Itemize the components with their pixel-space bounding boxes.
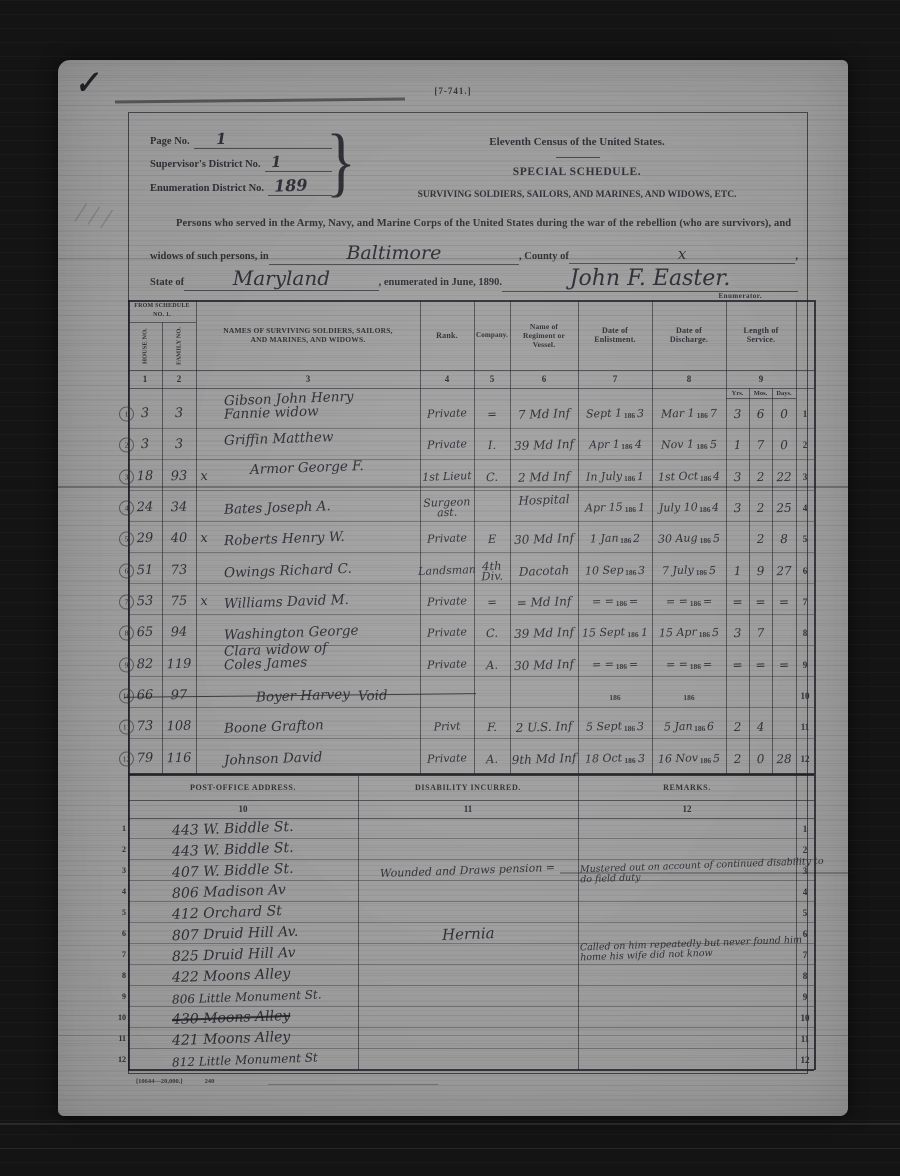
enlist-day: Sept 1 [586, 406, 622, 420]
discharge-date: Mar 11867 [652, 398, 726, 429]
enlist-day: = = [592, 595, 614, 609]
address-text: 422 Moons Alley [172, 965, 291, 985]
row-num-left: 3 [112, 860, 126, 881]
family-no-header: Family No. [162, 324, 196, 368]
family-no: 116 [161, 742, 196, 774]
discharge-day: 1st Oct [658, 469, 699, 483]
company: F. [473, 710, 510, 742]
name-line1: Boone Grafton [224, 718, 324, 735]
disability-text: Hernia [441, 924, 494, 944]
family-no: 93 [161, 460, 196, 492]
address-text: 812 Little Monument St [172, 1050, 318, 1069]
name-cell: Clara widow ofColes James [216, 641, 420, 672]
place-line: Baltimore [269, 242, 519, 265]
printed-186: 186 [700, 471, 711, 483]
soldiers-table: From Schedule No. 1. House No. Family No… [128, 300, 814, 774]
service-days [771, 617, 796, 649]
row-num-right: 1 [796, 398, 814, 429]
row-num-right: 10 [796, 1007, 814, 1028]
discharge-date: 16 Nov1865 [652, 743, 726, 774]
name-line1: Griffin Matthew [224, 430, 334, 448]
printed-186: 186 [625, 502, 636, 514]
enumeration-district-line: 189 [268, 176, 332, 196]
page-no-row: Page No. 1 [150, 130, 332, 149]
enumeration-district-label: Enumeration District No. [150, 183, 264, 194]
service-days: 8 [771, 523, 796, 555]
document-page: ✓ /// [7-741.] Page No. 1 Supervisor's D… [58, 60, 848, 1116]
name-line1: Roberts Henry W. [224, 529, 345, 547]
discharge-day: July 10 [658, 500, 697, 514]
schedule-title: SPECIAL SCHEDULE. [358, 166, 796, 178]
rank: 1st Lieut [419, 460, 474, 493]
brace-glyph: } [326, 118, 356, 207]
row-num-right: 8 [796, 965, 814, 986]
name-cell: Bates Joseph A. [216, 492, 420, 523]
enlist-date: Sept 11863 [578, 398, 652, 429]
disability-header: Disability Incurred. [358, 774, 578, 800]
name-line2: Fannie widow [224, 404, 319, 421]
family-no: 108 [161, 710, 196, 742]
row-num-right: 5 [796, 902, 814, 923]
printed-186: 186 [700, 533, 711, 545]
address-text: 412 Orchard St [172, 903, 282, 923]
row-num-left: 7 [112, 944, 126, 965]
service-yrs: 3 [725, 492, 749, 524]
service-mos: = [748, 649, 772, 681]
printed-186: 186 [616, 659, 627, 671]
page-no-value: 1 [215, 130, 226, 148]
enlist-date: 10 Sep1863 [578, 555, 652, 586]
comma: , [795, 251, 798, 262]
discharge-date: 30 Aug1865 [652, 523, 726, 554]
t1-row: 7 53 75 x Williams David M. Private = = … [128, 586, 814, 617]
t1-row: 11 73 108 Boone Grafton Privt F. 2 U.S. … [128, 711, 814, 742]
printed-186: 186 [625, 565, 636, 577]
discharge-day: = = [666, 658, 688, 672]
name-cell: Boone Grafton [216, 711, 420, 742]
service-days [771, 711, 796, 743]
company: E [473, 522, 510, 554]
address-text: 407 W. Biddle St. [172, 860, 294, 880]
state-value: Maryland [233, 266, 330, 290]
service-days: 28 [771, 743, 796, 775]
enlist-day: Apr 1 [588, 437, 619, 451]
print-codes: [10644—20,000.]240 [136, 1078, 236, 1085]
rank-header: Rank. [420, 300, 474, 370]
printed-186: 186 [700, 753, 711, 765]
row-num-right: 11 [796, 711, 814, 742]
x-mark: x [193, 523, 214, 555]
company: 4th Div. [473, 554, 510, 586]
enlist-year: 1 [640, 626, 647, 639]
discharge-year: 4 [713, 470, 720, 483]
discharge-header: Date of Discharge. [652, 300, 726, 370]
row-num-right: 1 [796, 818, 814, 839]
service-mos: 7 [748, 617, 772, 649]
col-num: 1 [128, 370, 162, 388]
discharge-year: 5 [712, 626, 719, 639]
name-line1: Bates Joseph A. [224, 499, 331, 517]
name-line1: Armor George F. [250, 459, 364, 477]
address-text: 807 Druid Hill Av. [172, 923, 299, 943]
days-subheader: Days. [772, 388, 796, 398]
rank: Private [419, 585, 474, 618]
family-no: 75 [161, 585, 196, 617]
discharge-year: 4 [712, 501, 719, 514]
enumeration-district-value: 189 [274, 175, 308, 195]
county-label: , County of [519, 251, 569, 262]
printed-186: 186 [699, 627, 710, 639]
address: 825 Druid Hill Av [128, 944, 358, 965]
address: 422 Moons Alley [128, 965, 358, 986]
preamble-line3: State of Maryland , enumerated in June, … [150, 266, 798, 292]
company: C. [473, 460, 510, 492]
page-no-line: 1 [194, 130, 332, 149]
discharge-year: 5 [713, 532, 720, 545]
service-yrs: 3 [725, 617, 749, 649]
name-line2: Coles James [224, 655, 308, 672]
row-num-left: 6 [112, 923, 126, 944]
company: I. [473, 428, 510, 460]
t2-row: 11 421 Moons Alley 11 [128, 1028, 814, 1049]
form-number: [7-741.] [58, 86, 848, 96]
t1-row-void: 10 66 97 Boyer HarveyVoid 186 186 10 [128, 680, 814, 711]
discharge-day: Nov 1 [661, 437, 694, 451]
address: 807 Druid Hill Av. [128, 923, 358, 944]
discharge-day: 7 July [662, 563, 694, 577]
state-line: Maryland [184, 266, 379, 291]
address: 421 Moons Alley [128, 1028, 358, 1049]
row-num-right: 5 [796, 523, 814, 554]
house-no-header: House No. [128, 324, 162, 368]
address-text: 806 Little Monument St. [172, 987, 322, 1006]
row-num-left: 1 [112, 818, 126, 839]
address-text: 806 Madison Av [172, 882, 286, 902]
name-cell: Owings Richard C. [216, 555, 420, 586]
service-mos: 2 [748, 461, 772, 493]
col-num: 9 [726, 370, 796, 388]
enlist-date: 5 Sept1863 [578, 711, 652, 742]
enumerator-signature: John F. Easter. [570, 266, 731, 291]
enlist-year: 2 [633, 532, 640, 545]
t2-row: 5 412 Orchard St 5 [128, 902, 814, 923]
discharge-year: = [703, 595, 713, 608]
address: 806 Little Monument St. [128, 986, 358, 1007]
enlist-year: = [629, 595, 639, 608]
address-table: Post-office Address. Disability Incurred… [128, 774, 814, 1070]
schedule-note: From Schedule No. 1. [128, 300, 196, 322]
t2-row: 9 806 Little Monument St. 9 [128, 986, 814, 1007]
discharge-year: 5 [709, 564, 716, 577]
service-days: 0 [771, 398, 796, 430]
family-no: 3 [161, 397, 196, 429]
discharge-date: Nov 11865 [652, 429, 726, 460]
service-yrs: = [725, 586, 749, 618]
house-no: 51 [127, 554, 162, 586]
supervisors-district-value: 1 [270, 153, 281, 171]
print-code: [10644—20,000.] [136, 1078, 183, 1085]
enlist-day: 1 Jan [589, 532, 618, 546]
address: 443 W. Biddle St. [128, 818, 358, 839]
enlist-day: 15 Sept [582, 625, 625, 639]
row-num-right: 10 [796, 680, 814, 711]
t2-row: 7 825 Druid Hill Av Called on him repeat… [128, 944, 814, 965]
enlist-year: = [629, 658, 639, 671]
service-mos: 4 [748, 711, 772, 743]
t2-row-struck: 10 430 Moons Alley 10 [128, 1007, 814, 1028]
regiment: = Md Inf [509, 585, 578, 618]
name-cell: Griffin Matthew [216, 423, 420, 454]
row-num-left: 2 [112, 839, 126, 860]
col-num: 11 [358, 800, 578, 818]
company [473, 491, 510, 523]
house-no: 79 [127, 742, 162, 774]
t2-row: 1 443 W. Biddle St. 1 [128, 818, 814, 839]
family-no: 34 [161, 491, 196, 523]
service-mos: 9 [748, 555, 772, 587]
house-no: 73 [127, 710, 162, 742]
name-line1: Johnson David [224, 750, 323, 767]
enumerated-label: , enumerated in June, 1890. [379, 277, 502, 288]
row-num-right: 8 [796, 617, 814, 648]
census-title: Eleventh Census of the United States. [358, 136, 796, 148]
enlist-date: 18 Oct1863 [578, 743, 652, 774]
service-yrs: 2 [725, 743, 749, 775]
supervisors-district-line: 1 [265, 153, 332, 172]
printed-186: 186 [616, 596, 627, 608]
family-no: 94 [161, 616, 196, 648]
yrs-subheader: Yrs. [726, 388, 749, 398]
x-mark: x [193, 461, 214, 493]
printed-186: 186 [624, 753, 635, 765]
enlist-year: 4 [634, 438, 641, 451]
name-cell: Williams David M. [216, 586, 420, 617]
address: 806 Madison Av [128, 881, 358, 902]
row-num-right: 6 [796, 555, 814, 586]
enlist-day: = = [592, 658, 614, 672]
title-divider [556, 157, 600, 158]
service-mos: 6 [748, 398, 772, 430]
rank: Landsman [419, 554, 474, 587]
discharge-date: 186 [652, 680, 726, 711]
service-yrs: 3 [725, 398, 749, 430]
t1-row: 4 24 34 Bates Joseph A. Surgeon ast. Hos… [128, 492, 814, 523]
address-text: 430 Moons Alley [172, 1007, 291, 1027]
discharge-day: 5 Jan [663, 720, 692, 734]
county-line: x [569, 245, 795, 264]
address: 812 Little Monument St [128, 1049, 358, 1070]
schedule-subtitle: SURVIVING SOLDIERS, SAILORS, AND MARINES… [358, 190, 796, 200]
enlist-date: 15 Sept1861 [578, 617, 652, 648]
discharge-year: 6 [707, 720, 714, 733]
company: A. [473, 648, 510, 680]
rank: Private [419, 616, 474, 649]
family-no: 119 [161, 648, 196, 680]
discharge-date: July 101864 [652, 492, 726, 523]
col-num: 5 [474, 370, 510, 388]
x-mark [193, 398, 214, 430]
printed-186: 186 [621, 439, 632, 451]
enlist-day: 10 Sep [584, 563, 623, 577]
t2-row: 2 443 W. Biddle St. 2 [128, 839, 814, 860]
discharge-date: 1st Oct1864 [652, 461, 726, 492]
service-days: 22 [771, 461, 796, 493]
regiment: 7 Md Inf [509, 397, 578, 430]
house-no: 53 [127, 585, 162, 617]
family-no: 3 [161, 428, 196, 460]
disability-text: Wounded and Draws pension = [380, 861, 555, 880]
service-header: Length of Service. [726, 300, 796, 370]
row-num-right: 12 [796, 743, 814, 774]
address: 430 Moons Alley [128, 1007, 358, 1028]
grid-line [128, 388, 814, 389]
enlist-year: 3 [638, 564, 645, 577]
regiment: Dacotah [509, 554, 578, 587]
address: 412 Orchard St [128, 902, 358, 923]
house-no: 3 [127, 428, 162, 460]
address-text: 825 Druid Hill Av [172, 944, 296, 964]
row-num-right: 3 [796, 461, 814, 492]
service-days: = [771, 586, 796, 618]
t1-row: 6 51 73 Owings Richard C. Landsman 4th D… [128, 555, 814, 586]
family-no: 73 [161, 554, 196, 586]
service-days: 25 [771, 492, 796, 524]
discharge-date: 5 Jan1866 [652, 711, 726, 742]
service-yrs: = [725, 649, 749, 681]
house-no: 24 [127, 491, 162, 523]
t2-row: 3 407 W. Biddle St. Wounded and Draws pe… [128, 860, 814, 881]
enlist-day: 18 Oct [585, 751, 623, 765]
printed-186: 186 [699, 502, 710, 514]
service-days: = [771, 649, 796, 681]
col-num: 2 [162, 370, 196, 388]
regiment: Hospital [509, 483, 578, 516]
col-num: 12 [578, 800, 796, 818]
printed-186: 186 [624, 408, 635, 420]
regiment: 39 Md Inf [509, 428, 578, 461]
row-num-right: 4 [796, 492, 814, 523]
name-line1: Washington George [224, 623, 359, 642]
name-cell: Gibson John HenryFannie widow [216, 390, 420, 421]
row-num-left: 12 [112, 1049, 126, 1070]
rank: Private [419, 522, 474, 555]
row-num-right: 9 [796, 649, 814, 680]
col-num: 10 [128, 800, 358, 818]
discharge-date: 7 July1865 [652, 555, 726, 586]
service-mos: 7 [748, 429, 772, 461]
void-annotation: Void [358, 688, 388, 703]
service-yrs: 3 [725, 461, 749, 493]
enlist-date: 186 [578, 680, 652, 711]
scanned-census-image: ✓ /// [7-741.] Page No. 1 Supervisor's D… [0, 0, 900, 1176]
grid-line [814, 774, 816, 1070]
address-text: 421 Moons Alley [172, 1028, 291, 1048]
widows-label: widows of such persons, in [150, 251, 269, 262]
discharge-year: 5 [709, 438, 716, 451]
supervisors-district-label: Supervisor's District No. [150, 159, 261, 170]
address: 407 W. Biddle St. [128, 860, 358, 881]
t1-row: 5 29 40 x Roberts Henry W. Private E 30 … [128, 523, 814, 554]
discharge-day: 30 Aug [658, 531, 698, 545]
row-num-right: 9 [796, 986, 814, 1007]
discharge-year: 5 [713, 752, 720, 765]
enlist-date: Apr 11864 [578, 429, 652, 460]
rank: Private [419, 648, 474, 681]
name-line1: Owings Richard C. [224, 561, 352, 579]
footer-line [268, 1084, 438, 1085]
enlist-year: 3 [637, 407, 644, 420]
regiment: 39 Md Inf [509, 616, 578, 649]
place-value: Baltimore [346, 242, 441, 264]
discharge-year: = [703, 658, 713, 671]
company: C. [473, 616, 510, 648]
printed-186: 186 [624, 721, 635, 733]
row-num-left: 5 [112, 902, 126, 923]
remarks-text: Called on him repeatedly but never found… [580, 934, 831, 963]
service-days: 27 [771, 555, 796, 587]
company-header: Company. [474, 300, 510, 370]
row-num-right: 7 [796, 586, 814, 617]
address-header: Post-office Address. [128, 774, 358, 800]
preamble-line2: widows of such persons, in Baltimore , C… [150, 242, 798, 265]
state-label: State of [150, 277, 184, 288]
name-cell: Johnson David [216, 743, 420, 774]
printed-186: 186 [690, 596, 701, 608]
regiment: 30 Md Inf [509, 522, 578, 555]
t1-row: 12 79 116 Johnson David Private A. 9th M… [128, 743, 814, 774]
enlist-date: = =186= [578, 586, 652, 617]
remarks: Mustered out on account of continued dis… [580, 860, 830, 881]
col-num: 4 [420, 370, 474, 388]
rank: Surgeon ast. [419, 491, 474, 524]
row-num-right: 3 [796, 860, 814, 881]
enlist-day: 5 Sept [586, 719, 622, 733]
enlist-day: In July [586, 469, 623, 483]
enlist-year: 3 [637, 720, 644, 733]
service-yrs [725, 523, 749, 555]
rank: Private [419, 428, 474, 461]
row-num-left: 10 [112, 1007, 126, 1028]
t1-row: 3 18 93 x Armor George F. 1st Lieut C. 2… [128, 461, 814, 492]
printed-186: 186 [624, 471, 635, 483]
row-num-left: 11 [112, 1028, 126, 1049]
t2-row: 12 812 Little Monument St 12 [128, 1049, 814, 1070]
disability: Wounded and Draws pension = [358, 860, 578, 881]
row-num-right: 11 [796, 1028, 814, 1049]
signature-line: John F. Easter. [502, 266, 798, 292]
discharge-date: 15 Apr1865 [652, 617, 726, 648]
rank: Private [419, 397, 474, 430]
checkmark-annotation: ✓ [72, 65, 101, 102]
sheet-code: 240 [205, 1078, 215, 1085]
discharge-date: = =186= [652, 586, 726, 617]
discharge-day: 16 Nov [658, 751, 698, 765]
supervisors-district-row: Supervisor's District No. 1 [150, 153, 332, 172]
house-no: 82 [127, 648, 162, 680]
page-no-label: Page No. [150, 136, 190, 147]
county-value: x [678, 245, 686, 263]
enlist-date: 1 Jan1862 [578, 523, 652, 554]
names-header: Names of Surviving Soldiers, Sailors, an… [196, 300, 420, 370]
t2-row: 4 806 Madison Av 4 [128, 881, 814, 902]
printed-186: 186 [683, 690, 694, 702]
regiment: 9th Md Inf [509, 742, 578, 775]
regiment: 30 Md Inf [509, 648, 578, 681]
house-no: 3 [127, 397, 162, 429]
service-days: 0 [771, 429, 796, 461]
row-num-right: 12 [796, 1049, 814, 1070]
regiment: 2 U.S. Inf [509, 710, 578, 743]
